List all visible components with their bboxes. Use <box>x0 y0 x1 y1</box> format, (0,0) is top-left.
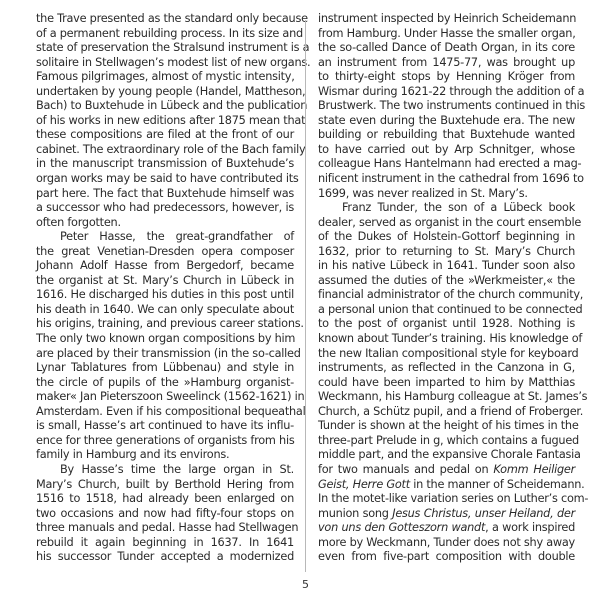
text-line: in the manuscript transmission of Buxteh… <box>36 157 294 172</box>
text-line: known about Tunder’s training. His knowl… <box>318 332 575 347</box>
text-line: to thirty-eight stops by Henning Kröger … <box>318 70 575 85</box>
text-line: a successor who had predecessors, howeve… <box>36 201 294 216</box>
text-line: maker« Jan Pieterszoon Sweelinck (1562-1… <box>36 390 294 405</box>
text-line: building or rebuilding that Buxtehude wa… <box>318 128 575 143</box>
text-line: even from five-part composition with dou… <box>318 550 575 565</box>
text-line: The only two known organ compositions by… <box>36 332 294 347</box>
text-line: the circle of pupils of the »Hamburg org… <box>36 376 294 391</box>
paragraph-start: By Hasse’s time the large organ in St. <box>36 463 294 478</box>
text-line: could have been imparted to him by Matth… <box>318 376 575 391</box>
work-title: Geist, Herre Gott <box>318 478 410 491</box>
text-line: 1616. He discharged his duties in this p… <box>36 288 294 303</box>
page-number: 5 <box>302 578 309 591</box>
text-line: undertaken by young people (Handel, Matt… <box>36 85 294 100</box>
text-line: his death in 1640. We can only speculate… <box>36 303 294 318</box>
right-column: instrument inspected by Heinrich Scheide… <box>318 12 575 565</box>
text-line: instrument inspected by Heinrich Scheide… <box>318 12 575 27</box>
text-line: von uns den Gotteszorn wandt, a work ins… <box>318 521 575 536</box>
paragraph-start: Peter Hasse, the great-grandfather of <box>36 230 294 245</box>
text-line: three-part Prelude in g, which contains … <box>318 434 575 449</box>
text-line: to the post of organist until 1928. Noth… <box>318 317 575 332</box>
work-title: Komm Heiliger <box>493 463 575 476</box>
text-line: three manuals and pedal. Hasse had Stell… <box>36 521 294 536</box>
text-line: his successor Tunder accepted a moderniz… <box>36 550 294 565</box>
text-line: these compositions are filed at the fron… <box>36 128 294 143</box>
text-line: a personal union that continued to be co… <box>318 303 575 318</box>
text-line: 1632, prior to returning to St. Mary’s C… <box>318 245 575 260</box>
text-line: 1699, was never realized in St. Mary’s. <box>318 187 575 202</box>
text-line: of a permanent rebuilding process. In it… <box>36 27 294 42</box>
text-line: ence for three generations of organists … <box>36 434 294 449</box>
text-line: in his native Lübeck in 1641. Tunder soo… <box>318 259 575 274</box>
text-line: from Hamburg. Under Hasse the smaller or… <box>318 27 575 42</box>
text-line: family in Hamburg and its environs. <box>36 448 294 463</box>
text-line: are placed by their transmission (in the… <box>36 347 294 362</box>
text-line: middle part, and the expansive Chorale F… <box>318 448 575 463</box>
text-line: his origins, training, and previous care… <box>36 317 294 332</box>
text-line: instruments, as reflected in the Canzona… <box>318 361 575 376</box>
text-line: Church, a Schütz pupil, and a friend of … <box>318 405 575 420</box>
text-line: Amsterdam. Even if his compositional beq… <box>36 405 294 420</box>
text-line: Johann Adolf Hasse from Bergedorf, becam… <box>36 259 294 274</box>
text-line: Weckmann, his Hamburg colleague at St. J… <box>318 390 575 405</box>
text-line: financial administrator of the church co… <box>318 288 575 303</box>
text-line: Lynar Tablatures from Lübbenau) and styl… <box>36 361 294 376</box>
text-line: to have carried out by Arp Schnitger, wh… <box>318 143 575 158</box>
text-line: the organist at St. Mary’s Church in Lüb… <box>36 274 294 289</box>
text-line: state of preservation the Stralsund inst… <box>36 41 294 56</box>
text-line: cabinet. The extraordinary role of the B… <box>36 143 294 158</box>
text-line: the great Venetian-Dresden opera compose… <box>36 245 294 260</box>
text-line: often forgotten. <box>36 216 294 231</box>
text-line: part here. The fact that Buxtehude himse… <box>36 187 294 202</box>
text-line: the so-called Dance of Death Organ, in i… <box>318 41 575 56</box>
text-line: Brustwerk. The two instruments continued… <box>318 99 575 114</box>
text-line: assumed the duties of the »Werkmeister,«… <box>318 274 575 289</box>
left-column: the Trave presented as the standard only… <box>36 12 294 565</box>
text-line: for two manuals and pedal on Komm Heilig… <box>318 463 575 478</box>
text-line: organ works may be said to have contribu… <box>36 172 294 187</box>
text-line: of the Dukes of Holstein-Gottorf beginni… <box>318 230 575 245</box>
text-line: solitaire in Stellwagen’s modest list of… <box>36 56 294 71</box>
text-line: colleague Hans Hantelmann had erected a … <box>318 157 575 172</box>
text-line: the new Italian compositional style for … <box>318 347 575 362</box>
text-line: Wismar during 1621-22 through the additi… <box>318 85 575 100</box>
text-line: more by Weckmann, Tunder does not shy aw… <box>318 536 575 551</box>
text-line: Geist, Herre Gott in the manner of Schei… <box>318 478 575 493</box>
text-line: state even during the Buxtehude era. The… <box>318 114 575 129</box>
work-title: von uns den Gotteszorn wandt <box>318 521 485 534</box>
text-line: is small, Hasse’s art continued to have … <box>36 419 294 434</box>
column-divider <box>305 20 306 572</box>
text-line: nificent instrument in the cathedral fro… <box>318 172 575 187</box>
text-line: rebuild it again beginning in 1637. In 1… <box>36 536 294 551</box>
text-line: Bach) to Buxtehude in Lübeck and the pub… <box>36 99 294 114</box>
document-page: the Trave presented as the standard only… <box>0 0 600 600</box>
text-line: Mary’s Church, built by Berthold Hering … <box>36 478 294 493</box>
text-line: In the motet-like variation series on Lu… <box>318 492 575 507</box>
text-line: Tunder is shown at the height of his tim… <box>318 419 575 434</box>
paragraph-start: Franz Tunder, the son of a Lübeck book <box>318 201 575 216</box>
work-title: Jesus Christus, unser Heiland, der <box>392 507 575 520</box>
text-line: munion song Jesus Christus, unser Heilan… <box>318 507 575 522</box>
text-line: an instrument from 1475-77, was brought … <box>318 56 575 71</box>
text-line: 1516 to 1518, had already been enlarged … <box>36 492 294 507</box>
text-line: Famous pilgrimages, almost of mystic int… <box>36 70 294 85</box>
text-line: two occasions and now had fifty-four sto… <box>36 507 294 522</box>
text-line: of his works in new editions after 1875 … <box>36 114 294 129</box>
text-line: the Trave presented as the standard only… <box>36 12 294 27</box>
text-line: dealer, served as organist in the court … <box>318 216 575 231</box>
